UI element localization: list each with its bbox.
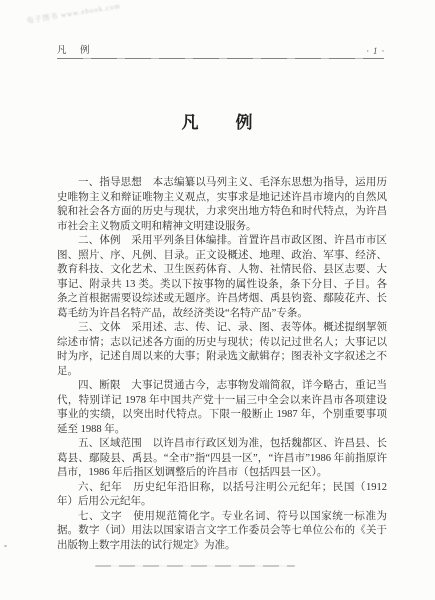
paragraph-chronology: 六、纪年 历史纪年沿旧称，以括号注明公元纪年；民国（1912 年）后用公元纪年。 [57, 481, 387, 510]
page-number: · 1 · [367, 46, 386, 56]
scanned-book-page: 电子图书 www.ebook.com 凡 例 · 1 · 凡 例 一、指导思想 … [0, 0, 435, 600]
paragraph-guiding-ideology: 一、指导思想 本志编纂以马列主义、毛泽东思想为指导，运用历史唯物主义和辩证唯物主… [57, 176, 387, 234]
paragraph-writing: 七、文字 使用规范简化字。专业名词、符号以国家统一标准为据。数字（词）用法以国家… [57, 510, 387, 554]
scan-artifact-line [95, 565, 295, 567]
scan-artifact-dot [4, 545, 7, 547]
paragraph-genre: 三、文体 采用述、志、传、记、录、图、表等体。概述提纲挈领综述市情；志以记述各方… [57, 321, 387, 379]
paragraph-regional-scope: 五、区域范围 以许昌市行政区划为准，包括魏都区、许昌县、长葛县、鄢陵县、禹县。“… [57, 437, 387, 481]
paragraph-style: 二、体例 采用平列条目体编排。首置许昌市政区图、许昌市市区图、照片、序、凡例、目… [57, 234, 387, 321]
running-header: 凡 例 · 1 · [57, 42, 385, 56]
header-section-title: 凡 例 [57, 42, 92, 56]
paragraph-time-span: 四、断限 大事记贯通古今，志事物发端简叙，详今略古，重记当代，特别详记 1978… [57, 379, 387, 437]
page-title: 凡 例 [0, 108, 435, 133]
header-rule [57, 58, 384, 59]
body-text: 一、指导思想 本志编纂以马列主义、毛泽东思想为指导，运用历史唯物主义和辩证唯物主… [57, 176, 387, 553]
scan-watermark: 电子图书 www.ebook.com [26, 1, 122, 26]
